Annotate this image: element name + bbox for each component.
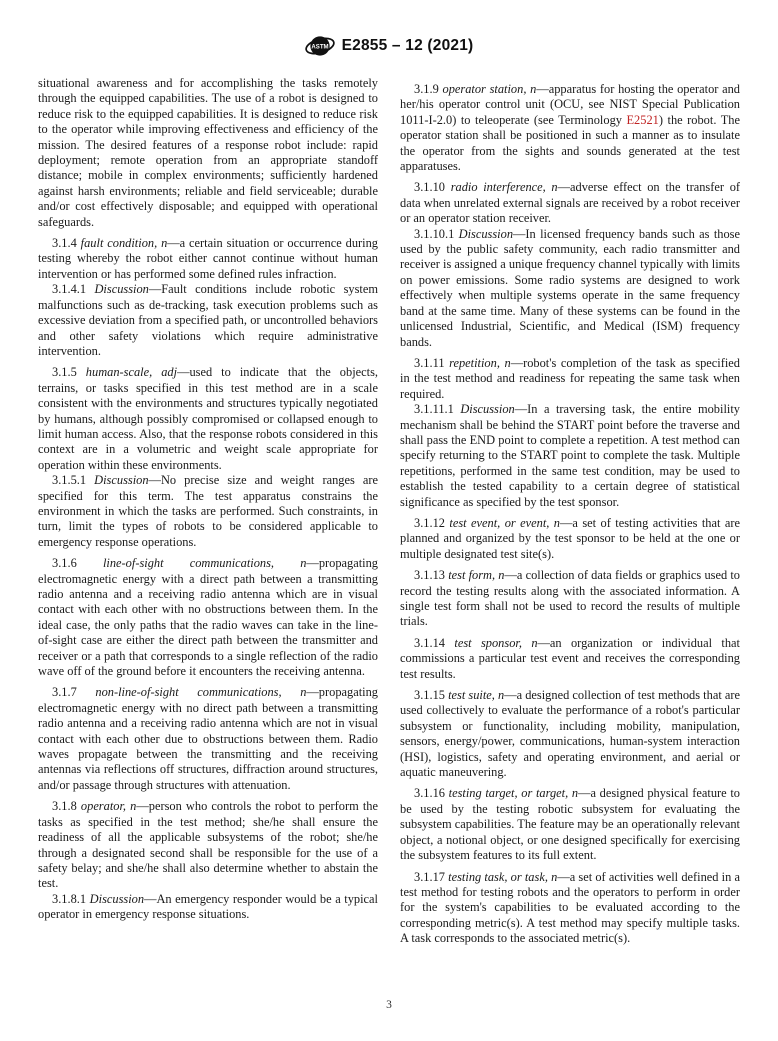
paragraph-3.1.11.1: 3.1.11.1 Discussion—In a traversing task… xyxy=(400,402,740,510)
paragraph-3.1.10.1: 3.1.10.1 Discussion—In licensed frequenc… xyxy=(400,227,740,350)
right-column: 3.1.9 operator station, n—apparatus for … xyxy=(400,76,740,947)
body-text: —In a traversing task, the entire mobili… xyxy=(400,402,740,508)
paragraph-3.1.7: 3.1.7 non-line-of-sight communications, … xyxy=(38,685,378,793)
body-text: situational awareness and for accomplish… xyxy=(38,76,378,229)
body-text: 3.1.8.1 xyxy=(52,892,90,906)
paragraph-3.1.13: 3.1.13 test form, n—a collection of data… xyxy=(400,568,740,630)
body-text: 3.1.11.1 xyxy=(414,402,460,416)
term-text: fault condition, n xyxy=(81,236,168,250)
body-text: 3.1.16 xyxy=(414,786,449,800)
term-text: Discussion xyxy=(94,473,148,487)
astm-logo-icon: ASTM xyxy=(305,33,335,59)
paragraph-3.1.14: 3.1.14 test sponsor, n—an organization o… xyxy=(400,636,740,682)
term-text: operator, n xyxy=(81,799,136,813)
term-text: test event, or event, n xyxy=(449,516,560,530)
term-text: test suite, n xyxy=(448,688,504,702)
term-text: Discussion xyxy=(94,282,148,296)
paragraph-3.1.17: 3.1.17 testing task, or task, n—a set of… xyxy=(400,870,740,947)
body-text: 3.1.7 xyxy=(52,685,95,699)
term-text: repetition, n xyxy=(449,356,511,370)
standard-designation: E2855 – 12 (2021) xyxy=(342,37,474,55)
paragraph-3.1.9: 3.1.9 operator station, n—apparatus for … xyxy=(400,82,740,174)
paragraph-3.1.4.1: 3.1.4.1 Discussion—Fault conditions incl… xyxy=(38,282,378,359)
paragraph-3.1.8: 3.1.8 operator, n—person who controls th… xyxy=(38,799,378,891)
term-text: non-line-of-sight communications, n xyxy=(95,685,306,699)
body-text: 3.1.8 xyxy=(52,799,81,813)
body-text: 3.1.12 xyxy=(414,516,449,530)
body-text: 3.1.10.1 xyxy=(414,227,459,241)
page-number: 3 xyxy=(386,999,392,1011)
body-text: 3.1.11 xyxy=(414,356,449,370)
paragraph-continuation: situational awareness and for accomplish… xyxy=(38,76,378,230)
svg-text:ASTM: ASTM xyxy=(311,45,328,51)
body-text: 3.1.14 xyxy=(414,636,454,650)
page-header: ASTM E2855 – 12 (2021) xyxy=(0,33,778,59)
term-text: testing task, or task, n xyxy=(448,870,557,884)
term-text: Discussion xyxy=(459,227,513,241)
body-text: 3.1.4 xyxy=(52,236,81,250)
body-text: 3.1.13 xyxy=(414,568,448,582)
term-text: human-scale, adj xyxy=(86,365,177,379)
body-text: 3.1.6 xyxy=(52,556,103,570)
body-text: 3.1.9 xyxy=(414,82,443,96)
body-text: 3.1.17 xyxy=(414,870,448,884)
paragraph-3.1.4: 3.1.4 fault condition, n—a certain situa… xyxy=(38,236,378,282)
term-text: testing target, or target, n xyxy=(449,786,578,800)
paragraph-3.1.15: 3.1.15 test suite, n—a designed collecti… xyxy=(400,688,740,780)
term-text: operator station, n xyxy=(443,82,537,96)
body-text: 3.1.5.1 xyxy=(52,473,94,487)
term-text: Discussion xyxy=(90,892,144,906)
body-text: 3.1.15 xyxy=(414,688,448,702)
document-page: ASTM E2855 – 12 (2021) situational aware… xyxy=(0,0,778,1041)
body-text: —used to indicate that the objects, terr… xyxy=(38,365,378,471)
paragraph-3.1.5.1: 3.1.5.1 Discussion—No precise size and w… xyxy=(38,473,378,550)
body-text: —propagating electromagnetic energy with… xyxy=(38,556,378,678)
body-text: 3.1.5 xyxy=(52,365,86,379)
term-text: test sponsor, n xyxy=(454,636,537,650)
paragraph-3.1.12: 3.1.12 test event, or event, n—a set of … xyxy=(400,516,740,562)
body-text: 3.1.4.1 xyxy=(52,282,94,296)
paragraph-3.1.11: 3.1.11 repetition, n—robot's completion … xyxy=(400,356,740,402)
term-text: line-of-sight communications, n xyxy=(103,556,306,570)
body-text: —In licensed frequency bands such as tho… xyxy=(400,227,740,349)
body-text: —propagating electromagnetic energy with… xyxy=(38,685,378,791)
term-text: Discussion xyxy=(460,402,514,416)
paragraph-3.1.5: 3.1.5 human-scale, adj—used to indicate … xyxy=(38,365,378,473)
paragraph-3.1.6: 3.1.6 line-of-sight communications, n—pr… xyxy=(38,556,378,679)
body-text: 3.1.10 xyxy=(414,180,451,194)
page-footer: 3 xyxy=(0,999,778,1011)
term-text: test form, n xyxy=(448,568,504,582)
paragraph-3.1.16: 3.1.16 testing target, or target, n—a de… xyxy=(400,786,740,863)
left-column: situational awareness and for accomplish… xyxy=(38,76,378,947)
terminology-e2521-link[interactable]: E2521 xyxy=(626,113,658,127)
document-body: situational awareness and for accomplish… xyxy=(38,76,740,947)
paragraph-3.1.8.1: 3.1.8.1 Discussion—An emergency responde… xyxy=(38,892,378,923)
paragraph-3.1.10: 3.1.10 radio interference, n—adverse eff… xyxy=(400,180,740,226)
term-text: radio interference, n xyxy=(451,180,558,194)
